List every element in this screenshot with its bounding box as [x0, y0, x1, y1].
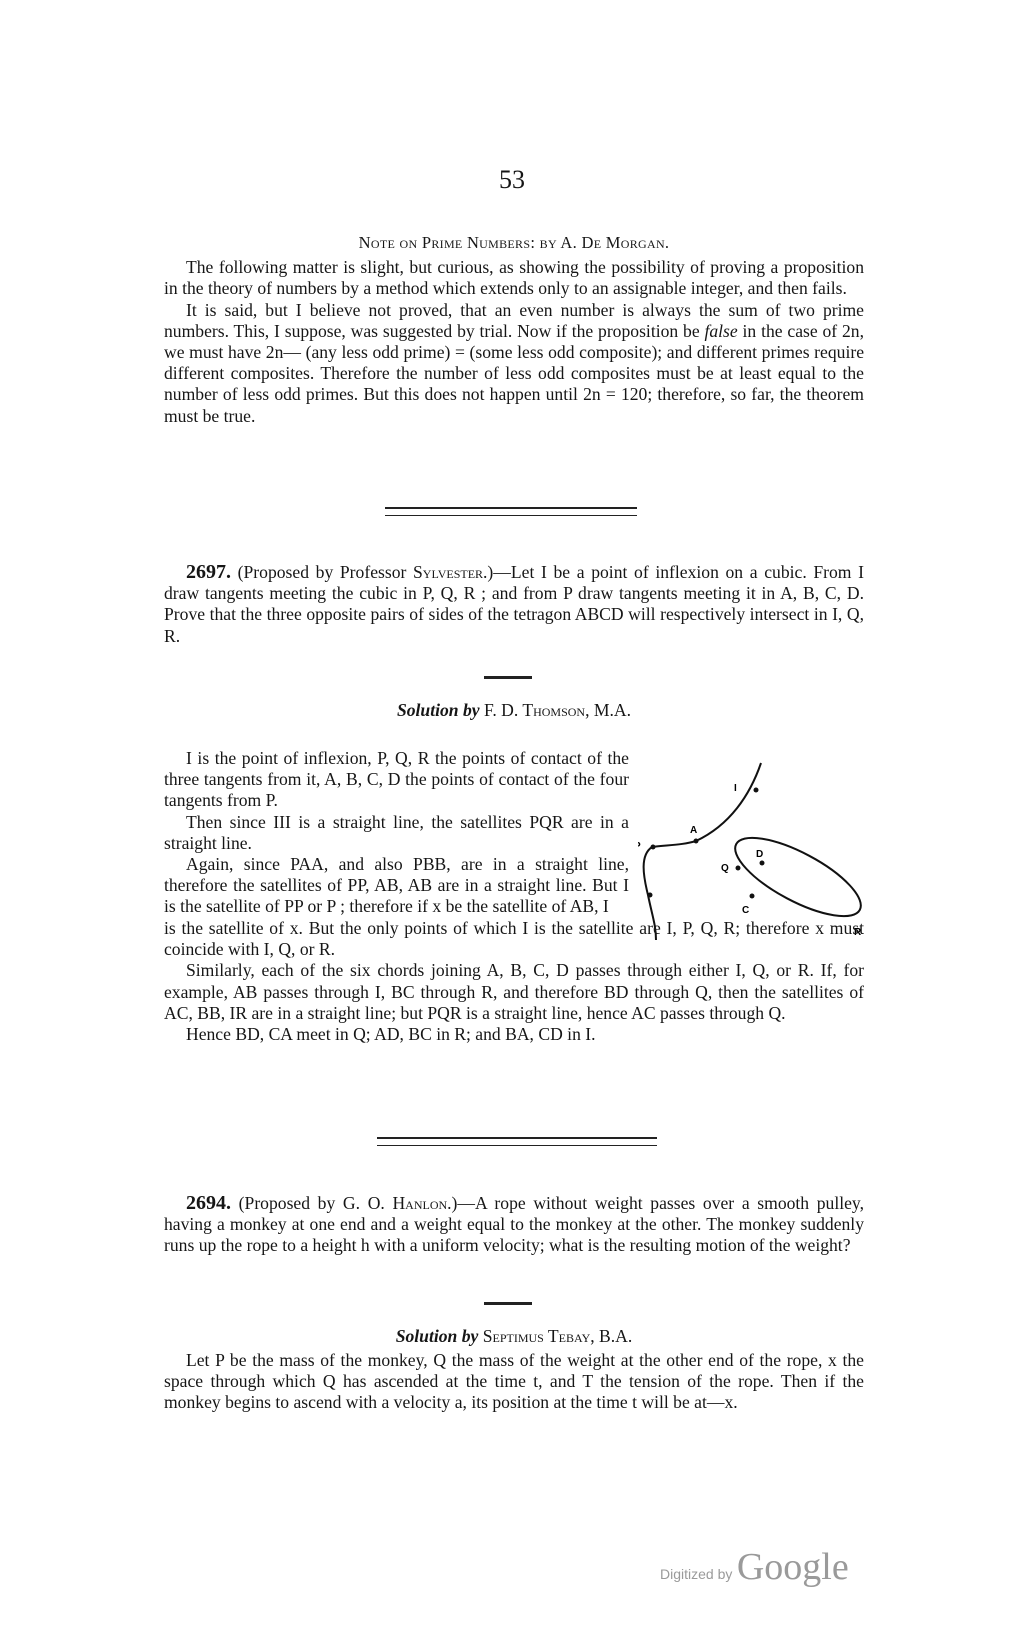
proposer-prefix: (Proposed by G. O.: [239, 1193, 393, 1213]
watermark-prefix: Digitized by: [660, 1566, 732, 1582]
short-rule: [484, 676, 532, 679]
note-paragraph-1: The following matter is slight, but curi…: [164, 257, 864, 299]
short-rule: [484, 1302, 532, 1305]
label-P: P: [638, 841, 641, 852]
label-D: D: [756, 849, 763, 860]
note-paragraph-2-emph: false: [704, 321, 737, 341]
solution-2694: Let P be the mass of the monkey, Q the m…: [164, 1350, 864, 1414]
note-paragraph-2: It is said, but I believe not proved, th…: [164, 300, 864, 427]
section-divider: [377, 1137, 657, 1146]
solution-conclusion: Hence BD, CA meet in Q; AD, BC in R; and…: [164, 1024, 864, 1045]
question-number: 2697.: [186, 561, 231, 583]
note-title-author: : by A. De Morgan.: [530, 233, 669, 252]
solution-by-label: Solution by: [396, 1326, 479, 1346]
solution-paragraph: Let P be the mass of the monkey, Q the m…: [164, 1350, 864, 1414]
solution-paragraph: I is the point of inflexion, P, Q, R the…: [164, 748, 629, 812]
label-C: C: [742, 905, 749, 916]
question-2697-text: 2697. (Proposed by Professor Sylvester.)…: [164, 562, 864, 647]
solver-degree: , B.A.: [590, 1326, 632, 1346]
solver-name: Septimus Tebay: [483, 1326, 591, 1346]
note-title-main: Note on Prime Numbers: [359, 233, 531, 252]
solution-paragraph: Then since III is a straight line, the s…: [164, 812, 629, 854]
solution-heading-2697: Solution by F. D. Thomson, M.A.: [164, 700, 864, 721]
page-number: 53: [0, 165, 1024, 195]
note-section: Note on Prime Numbers: by A. De Morgan. …: [164, 232, 864, 427]
proposer-prefix: (Proposed by Professor: [238, 562, 413, 582]
proposer-name: Hanlon: [392, 1193, 447, 1213]
section-divider: [385, 507, 637, 516]
question-2694-text: 2694. (Proposed by G. O. Hanlon.)—A rope…: [164, 1193, 864, 1257]
solver-name: F. D. Thomson, M.A.: [484, 700, 631, 720]
solution-heading-2694: Solution by Septimus Tebay, B.A.: [164, 1326, 864, 1347]
cubic-curve-figure: I A P D Q B C R: [638, 755, 868, 940]
google-logo: Google: [737, 1546, 849, 1588]
digitized-watermark: Digitized by Google: [660, 1545, 849, 1589]
solution-paragraph: is the satellite of x. But the only poin…: [164, 918, 864, 960]
proposer-suffix: .)—: [483, 562, 511, 582]
label-A: A: [690, 825, 697, 836]
question-2697: 2697. (Proposed by Professor Sylvester.)…: [164, 562, 864, 647]
solution-2697-full: is the satellite of x. But the only poin…: [164, 918, 864, 1045]
solution-paragraph: Again, since PAA, and also PBB, are in a…: [164, 854, 629, 918]
label-I: I: [734, 783, 737, 794]
solution-paragraph: Similarly, each of the six chords joinin…: [164, 960, 864, 1024]
proposer-name: Sylvester: [413, 562, 483, 582]
question-number: 2694.: [186, 1192, 231, 1214]
note-title: Note on Prime Numbers: by A. De Morgan.: [164, 232, 864, 253]
label-Q: Q: [721, 863, 729, 874]
solution-2697-wrapped: I is the point of inflexion, P, Q, R the…: [164, 748, 629, 918]
proposer-suffix: .)—: [447, 1193, 475, 1213]
solution-by-label: Solution by: [397, 700, 480, 720]
question-2694: 2694. (Proposed by G. O. Hanlon.)—A rope…: [164, 1193, 864, 1257]
